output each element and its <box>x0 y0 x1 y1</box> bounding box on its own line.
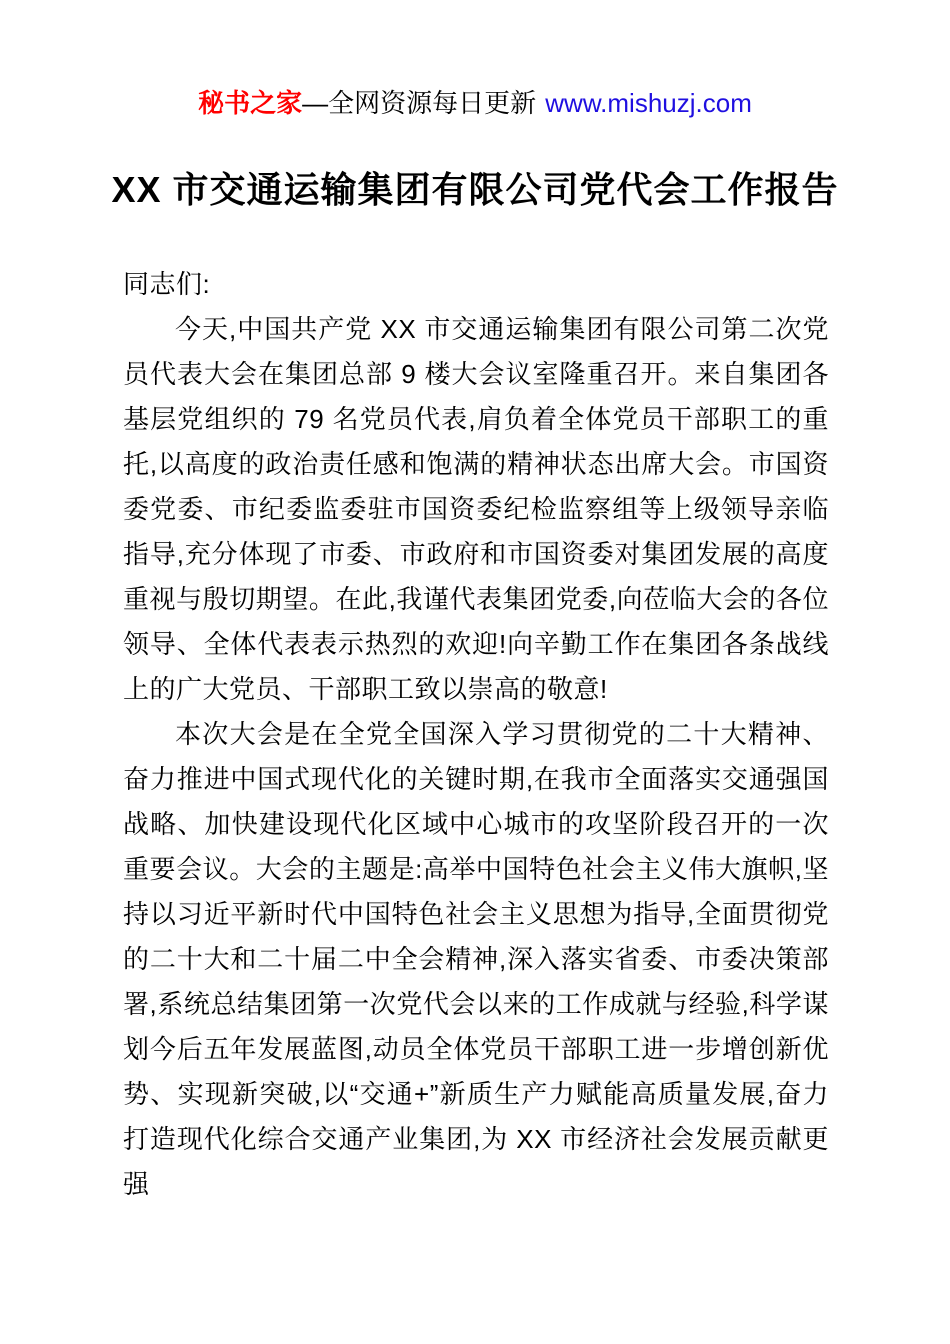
body-paragraph-1: 今天,中国共产党 XX 市交通运输集团有限公司第二次党员代表大会在集团总部 9 … <box>123 307 829 712</box>
salutation-paragraph: 同志们: <box>123 262 829 307</box>
body-paragraph-2: 本次大会是在全党全国深入学习贯彻党的二十大精神、奋力推进中国式现代化的关键时期,… <box>123 712 829 1207</box>
document-page: 秘书之家—全网资源每日更新www.mishuzj.com XX 市交通运输集团有… <box>0 0 950 1344</box>
site-tagline: —全网资源每日更新 <box>302 88 536 118</box>
document-title: XX 市交通运输集团有限公司党代会工作报告 <box>0 166 950 214</box>
site-url-link[interactable]: www.mishuzj.com <box>545 88 752 118</box>
document-body: 同志们: 今天,中国共产党 XX 市交通运输集团有限公司第二次党员代表大会在集团… <box>123 262 829 1207</box>
site-brand: 秘书之家 <box>198 88 302 118</box>
watermark-header: 秘书之家—全网资源每日更新www.mishuzj.com <box>0 0 950 120</box>
